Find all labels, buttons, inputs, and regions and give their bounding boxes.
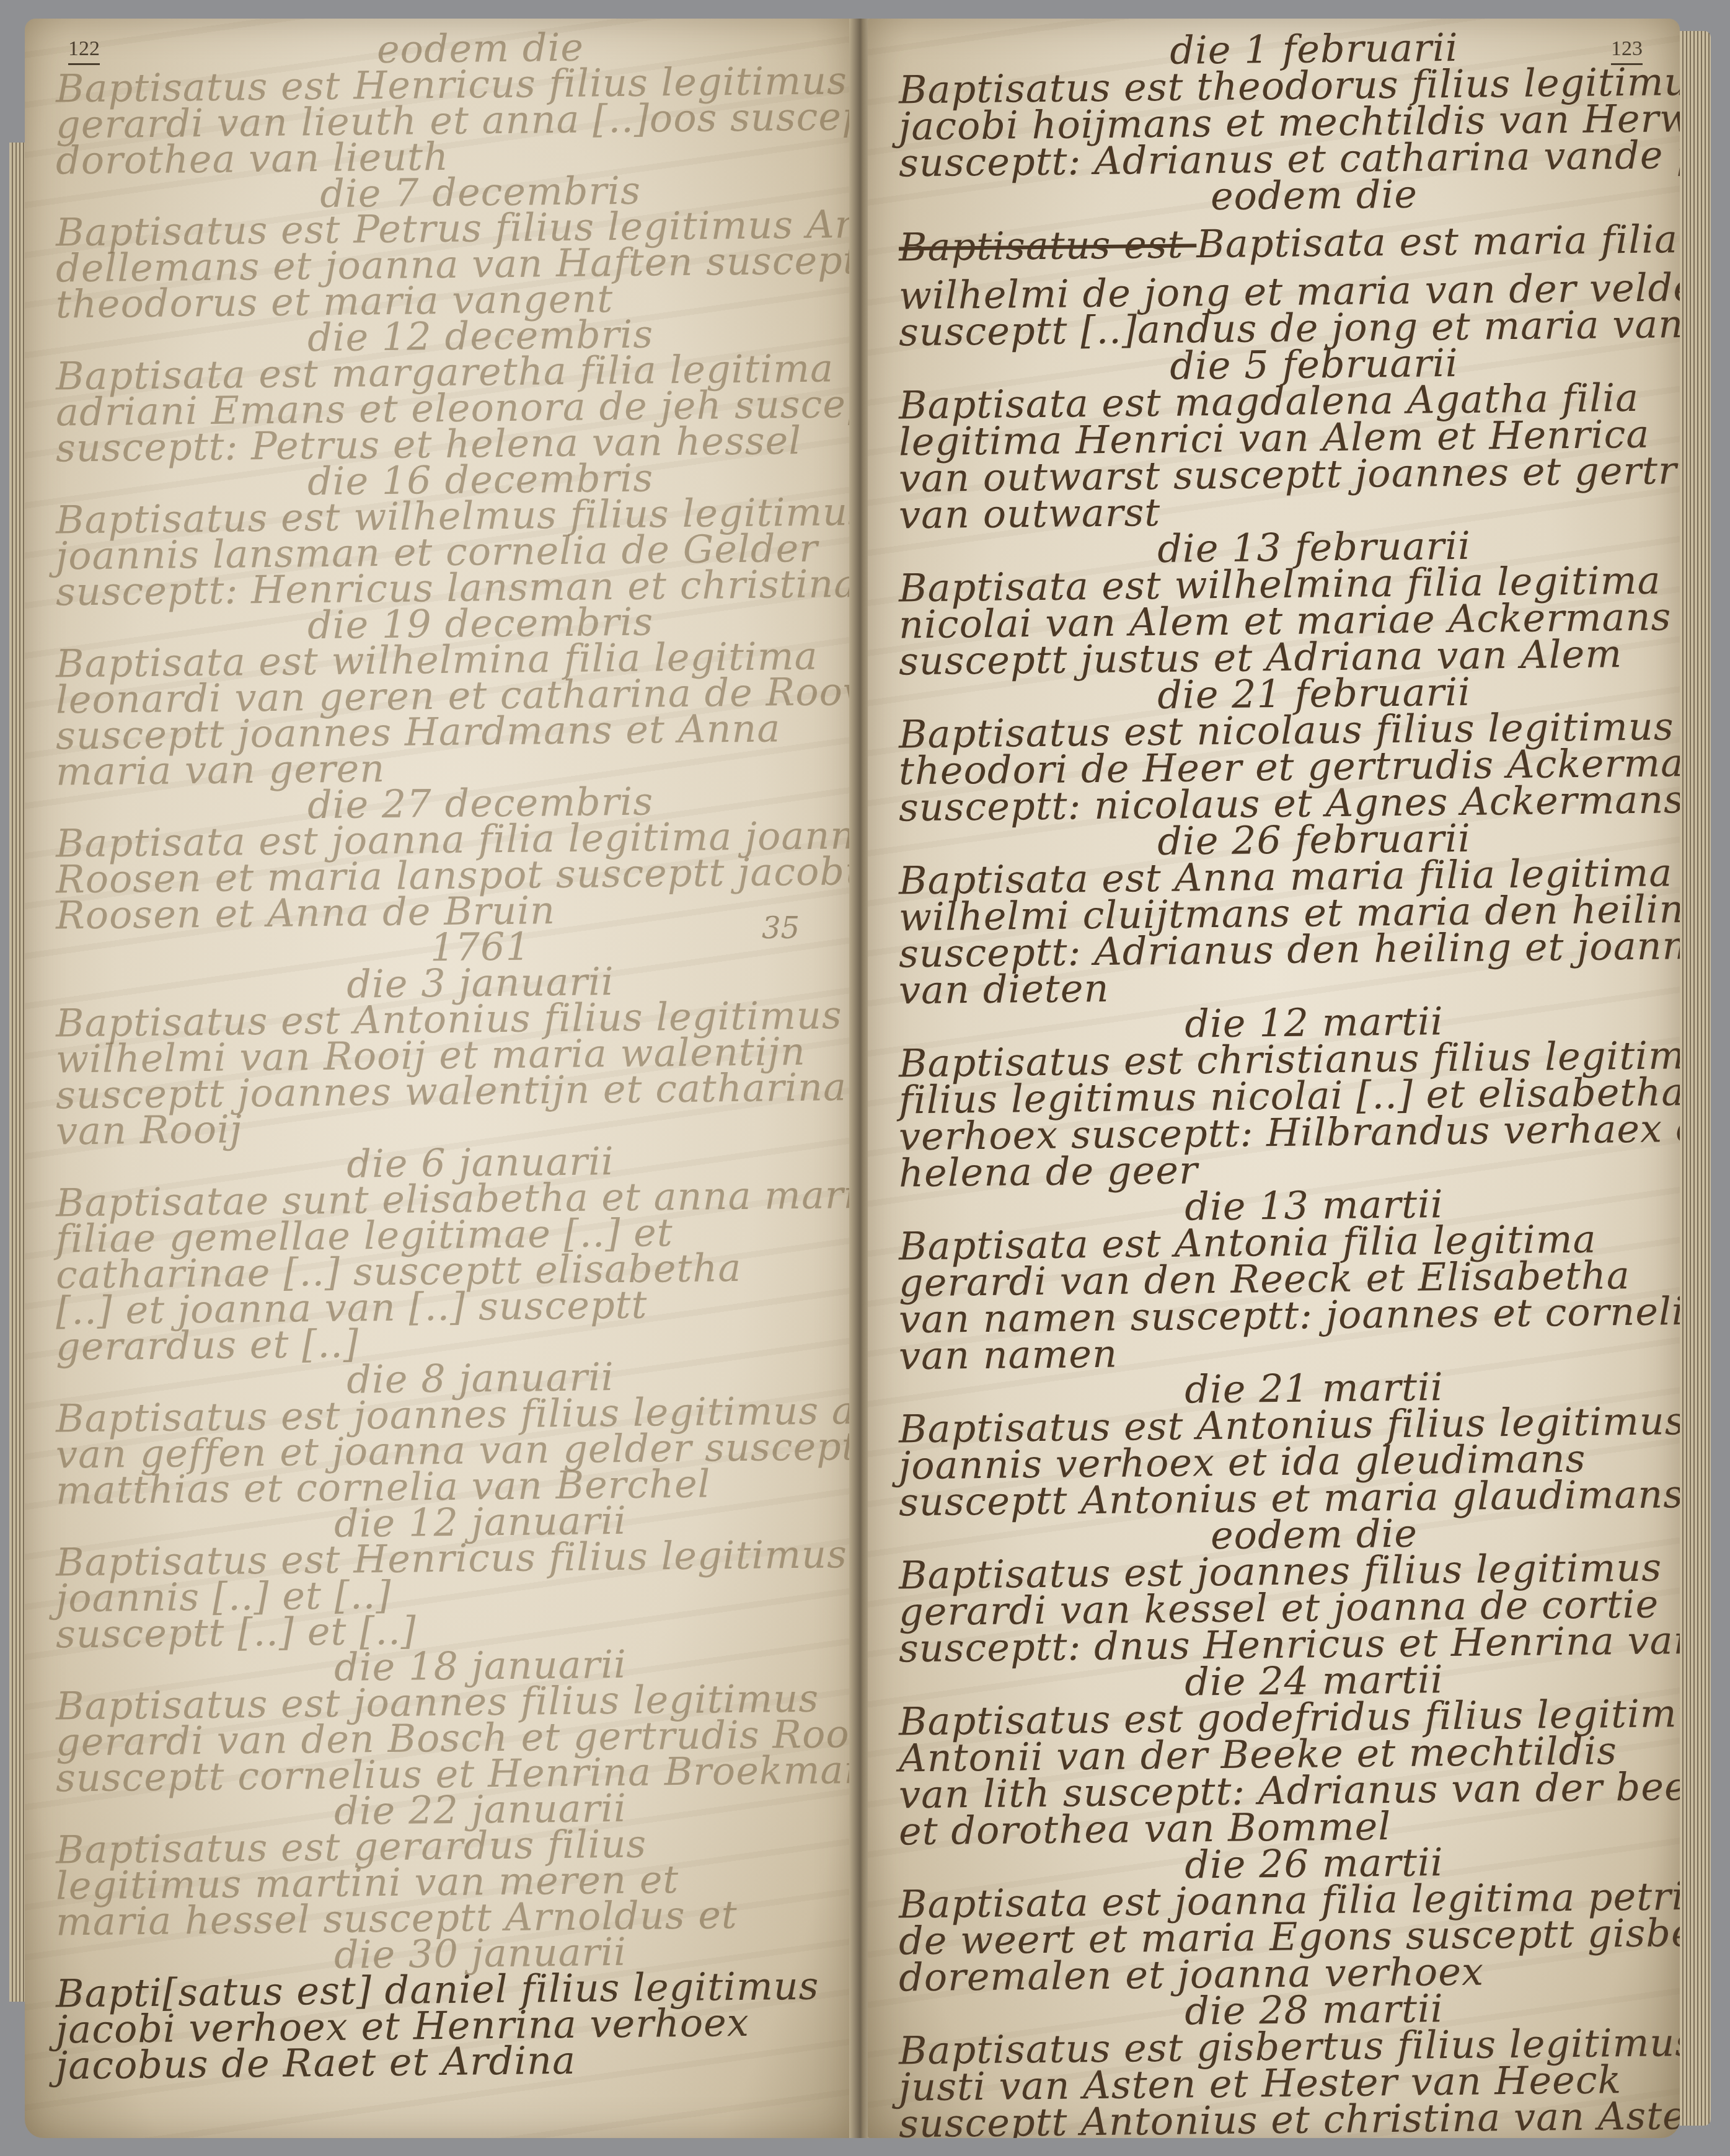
open-register-book: 122 35 eodem dieBaptisatus est Henricus … xyxy=(25,19,1711,2138)
left-page: 122 35 eodem dieBaptisatus est Henricus … xyxy=(25,19,855,2138)
struck-text: Baptisatus est xyxy=(899,221,1197,270)
right-page: 123 die 1 februariiBaptisatus est theodo… xyxy=(868,19,1680,2138)
register-line: susceptt Antonius et christina van Asten xyxy=(899,2098,1656,2138)
right-page-edges xyxy=(1680,31,1711,2126)
left-page-edges xyxy=(9,143,27,2002)
register-line: jacobus de Raet et Ardina xyxy=(56,2039,831,2083)
left-page-text: eodem dieBaptisatus est Henricus filius … xyxy=(56,31,831,2080)
right-page-text: die 1 februariiBaptisatus est theodorus … xyxy=(899,31,1655,2138)
